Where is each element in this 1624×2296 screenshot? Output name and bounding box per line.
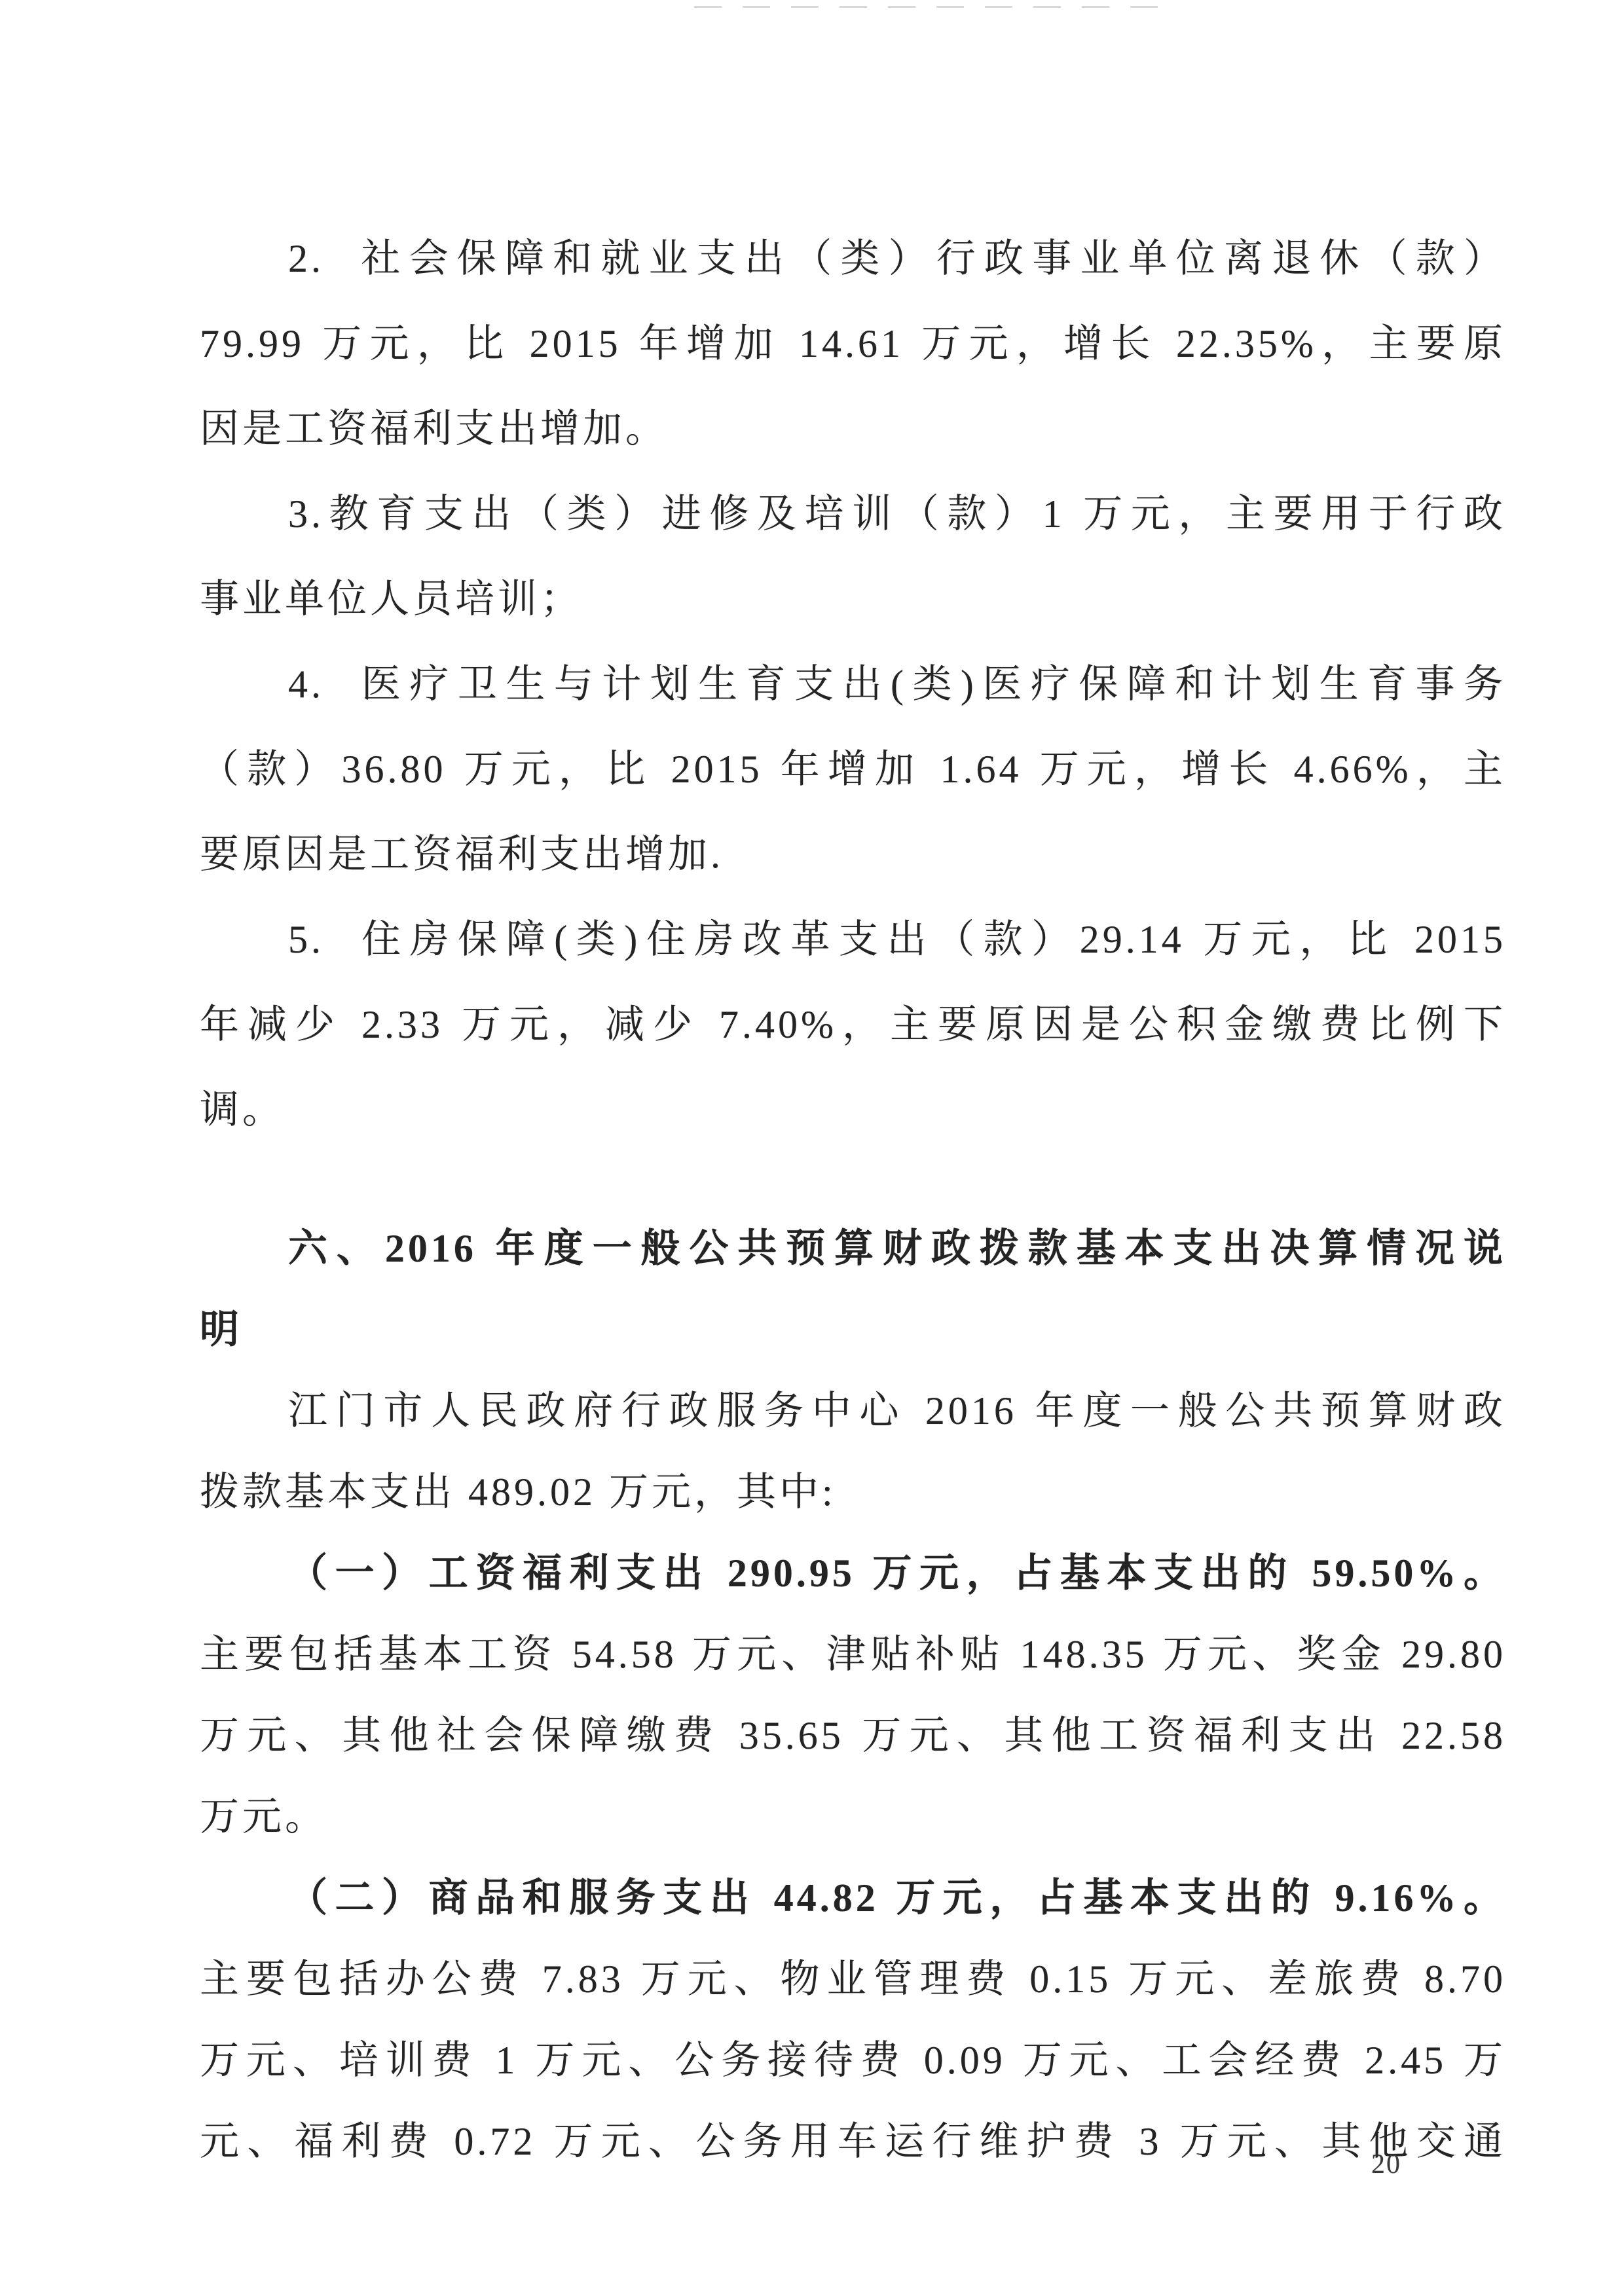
text-line: 79.99 万元，比 2015 年增加 14.61 万元，增长 22.35%，主…	[200, 301, 1506, 386]
text-line: 因是工资福利支出增加。	[200, 386, 1506, 471]
document-page: 2. 社会保障和就业支出（类）行政事业单位离退休（款） 79.99 万元，比 2…	[0, 0, 1624, 2296]
section-heading: 六、2016 年度一般公共预算财政拨款基本支出决算情况说 明	[200, 1208, 1506, 1370]
text-line: 事业单位人员培训；	[200, 556, 1506, 642]
text-line: 调。	[200, 1067, 1506, 1152]
text-line: 年减少 2.33 万元，减少 7.40%，主要原因是公积金缴费比例下	[200, 982, 1506, 1067]
text-line: 万元。	[200, 1776, 1506, 1857]
text-line: 主要包括基本工资 54.58 万元、津贴补贴 148.35 万元、奖金 29.8…	[200, 1614, 1506, 1695]
text-line: 2. 社会保障和就业支出（类）行政事业单位离退休（款）	[200, 216, 1506, 301]
section-six-block: 六、2016 年度一般公共预算财政拨款基本支出决算情况说 明 江门市人民政府行政…	[200, 1208, 1506, 2182]
text-line: 主要包括办公费 7.83 万元、物业管理费 0.15 万元、差旅费 8.70	[200, 1939, 1506, 2020]
text-line: 3.教育支出（类）进修及培训（款）1 万元，主要用于行政	[200, 471, 1506, 556]
budget-items-block: 2. 社会保障和就业支出（类）行政事业单位离退休（款） 79.99 万元，比 2…	[200, 216, 1506, 1152]
paragraph-item-5: 5. 住房保障(类)住房改革支出（款）29.14 万元，比 2015 年减少 2…	[200, 897, 1506, 1152]
text-line-bold-lead: （一）工资福利支出 290.95 万元，占基本支出的 59.50%。	[200, 1533, 1506, 1614]
text-line: 万元、培训费 1 万元、公务接待费 0.09 万元、工会经费 2.45 万	[200, 2020, 1506, 2101]
text-line: 5. 住房保障(类)住房改革支出（款）29.14 万元，比 2015	[200, 897, 1506, 982]
section-heading-line: 六、2016 年度一般公共预算财政拨款基本支出决算情况说	[200, 1208, 1506, 1289]
page-number: 20	[1371, 2149, 1401, 2180]
paragraph-item-2: 2. 社会保障和就业支出（类）行政事业单位离退休（款） 79.99 万元，比 2…	[200, 216, 1506, 471]
text-line: 元、福利费 0.72 万元、公务用车运行维护费 3 万元、其他交通	[200, 2101, 1506, 2182]
section-heading-line: 明	[200, 1289, 1506, 1370]
paragraph-sub-1: （一）工资福利支出 290.95 万元，占基本支出的 59.50%。 主要包括基…	[200, 1533, 1506, 1857]
text-line: 4. 医疗卫生与计划生育支出(类)医疗保障和计划生育事务	[200, 642, 1506, 727]
text-line: 江门市人民政府行政服务中心 2016 年度一般公共预算财政	[200, 1370, 1506, 1451]
text-line: （款）36.80 万元，比 2015 年增加 1.64 万元，增长 4.66%，…	[200, 727, 1506, 812]
paragraph-sub-2: （二）商品和服务支出 44.82 万元，占基本支出的 9.16%。 主要包括办公…	[200, 1857, 1506, 2182]
text-line: 万元、其他社会保障缴费 35.65 万元、其他工资福利支出 22.58	[200, 1695, 1506, 1776]
paragraph-section-intro: 江门市人民政府行政服务中心 2016 年度一般公共预算财政 拨款基本支出 489…	[200, 1370, 1506, 1533]
paragraph-item-4: 4. 医疗卫生与计划生育支出(类)医疗保障和计划生育事务 （款）36.80 万元…	[200, 642, 1506, 897]
text-line-bold-lead: （二）商品和服务支出 44.82 万元，占基本支出的 9.16%。	[200, 1857, 1506, 1939]
scan-artifact-line	[694, 6, 1166, 8]
text-line: 要原因是工资福利支出增加.	[200, 812, 1506, 897]
paragraph-item-3: 3.教育支出（类）进修及培训（款）1 万元，主要用于行政 事业单位人员培训；	[200, 471, 1506, 642]
text-line: 拨款基本支出 489.02 万元，其中:	[200, 1451, 1506, 1533]
